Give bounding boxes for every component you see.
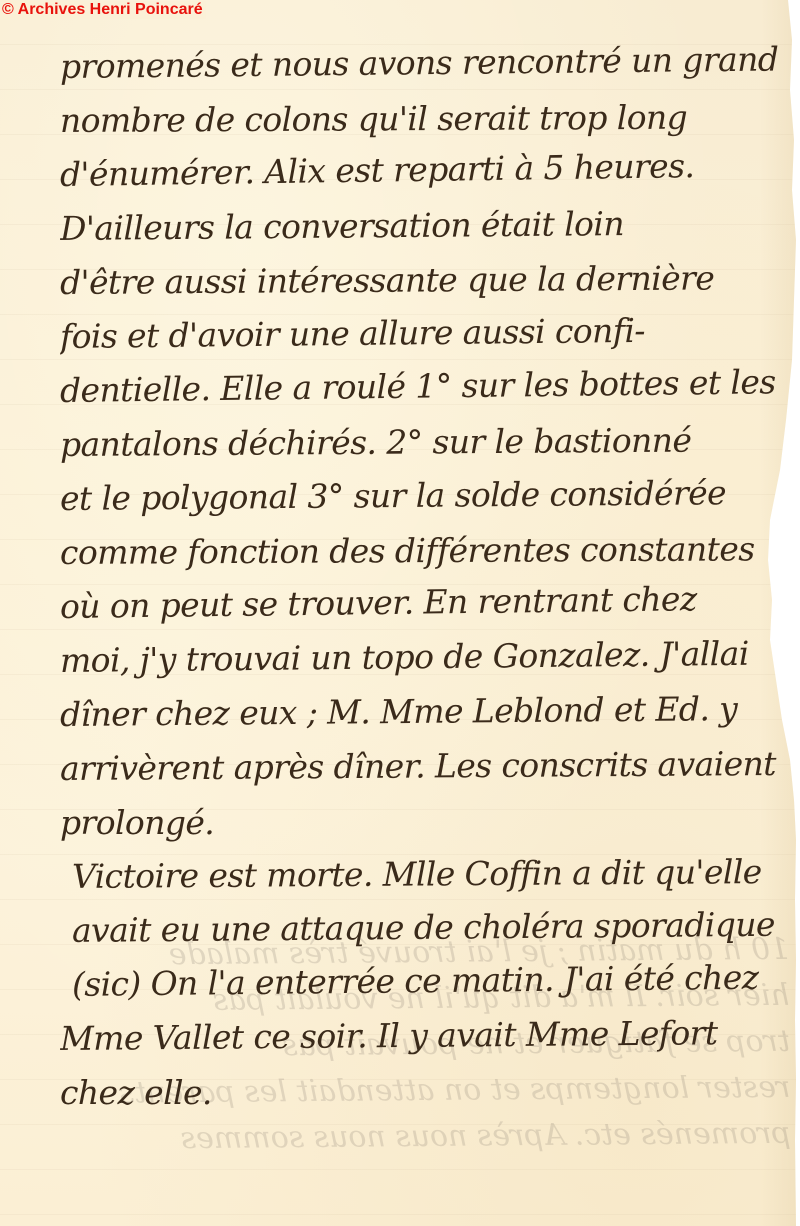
manuscript-line: où on peut se trouver. En rentrant chez: [60, 571, 781, 634]
manuscript-line: Mme Vallet ce soir. Il y avait Mme Lefor…: [60, 1006, 780, 1066]
manuscript-line: dîner chez eux ; M. Mme Leblond et Ed. y: [60, 682, 780, 742]
manuscript-line: d'être aussi intéressante que la dernièr…: [60, 251, 780, 310]
manuscript-line: prolongé.: [60, 796, 780, 850]
manuscript-line: d'énumérer. Alix est reparti à 5 heures.: [60, 138, 781, 202]
manuscript-line: et le polygonal 3° sur la solde considér…: [60, 466, 780, 526]
manuscript-line: chez elle.: [60, 1066, 780, 1120]
manuscript-line: Victoire est morte. Mlle Coffin a dit qu…: [60, 845, 780, 904]
manuscript-line: dentielle. Elle a roulé 1° sur les botte…: [60, 355, 781, 418]
manuscript-line: comme fonction des différentes constante…: [60, 522, 780, 580]
manuscript-line: fois et d'avoir une allure aussi confi-: [60, 302, 781, 364]
manuscript-line: pantalons déchirés. 2° sur le bastionné: [60, 413, 780, 472]
manuscript-line: (sic) On l'a enterrée ce matin. J'ai été…: [60, 950, 781, 1012]
manuscript-line: moi, j'y trouvai un topo de Gonzalez. J'…: [60, 626, 781, 688]
manuscript-line: avait eu une attaque de choléra sporadiq…: [60, 898, 780, 958]
manuscript-line: arrivèrent après dîner. Les conscrits av…: [60, 737, 780, 796]
copyright-credit: © Archives Henri Poincaré: [2, 1, 206, 19]
manuscript-line: promenés et nous avons rencontré un gran…: [60, 32, 781, 94]
manuscript-line: D'ailleurs la conversation était loin: [60, 196, 780, 256]
handwritten-text: promenés et nous avons rencontré un gran…: [60, 40, 780, 1120]
